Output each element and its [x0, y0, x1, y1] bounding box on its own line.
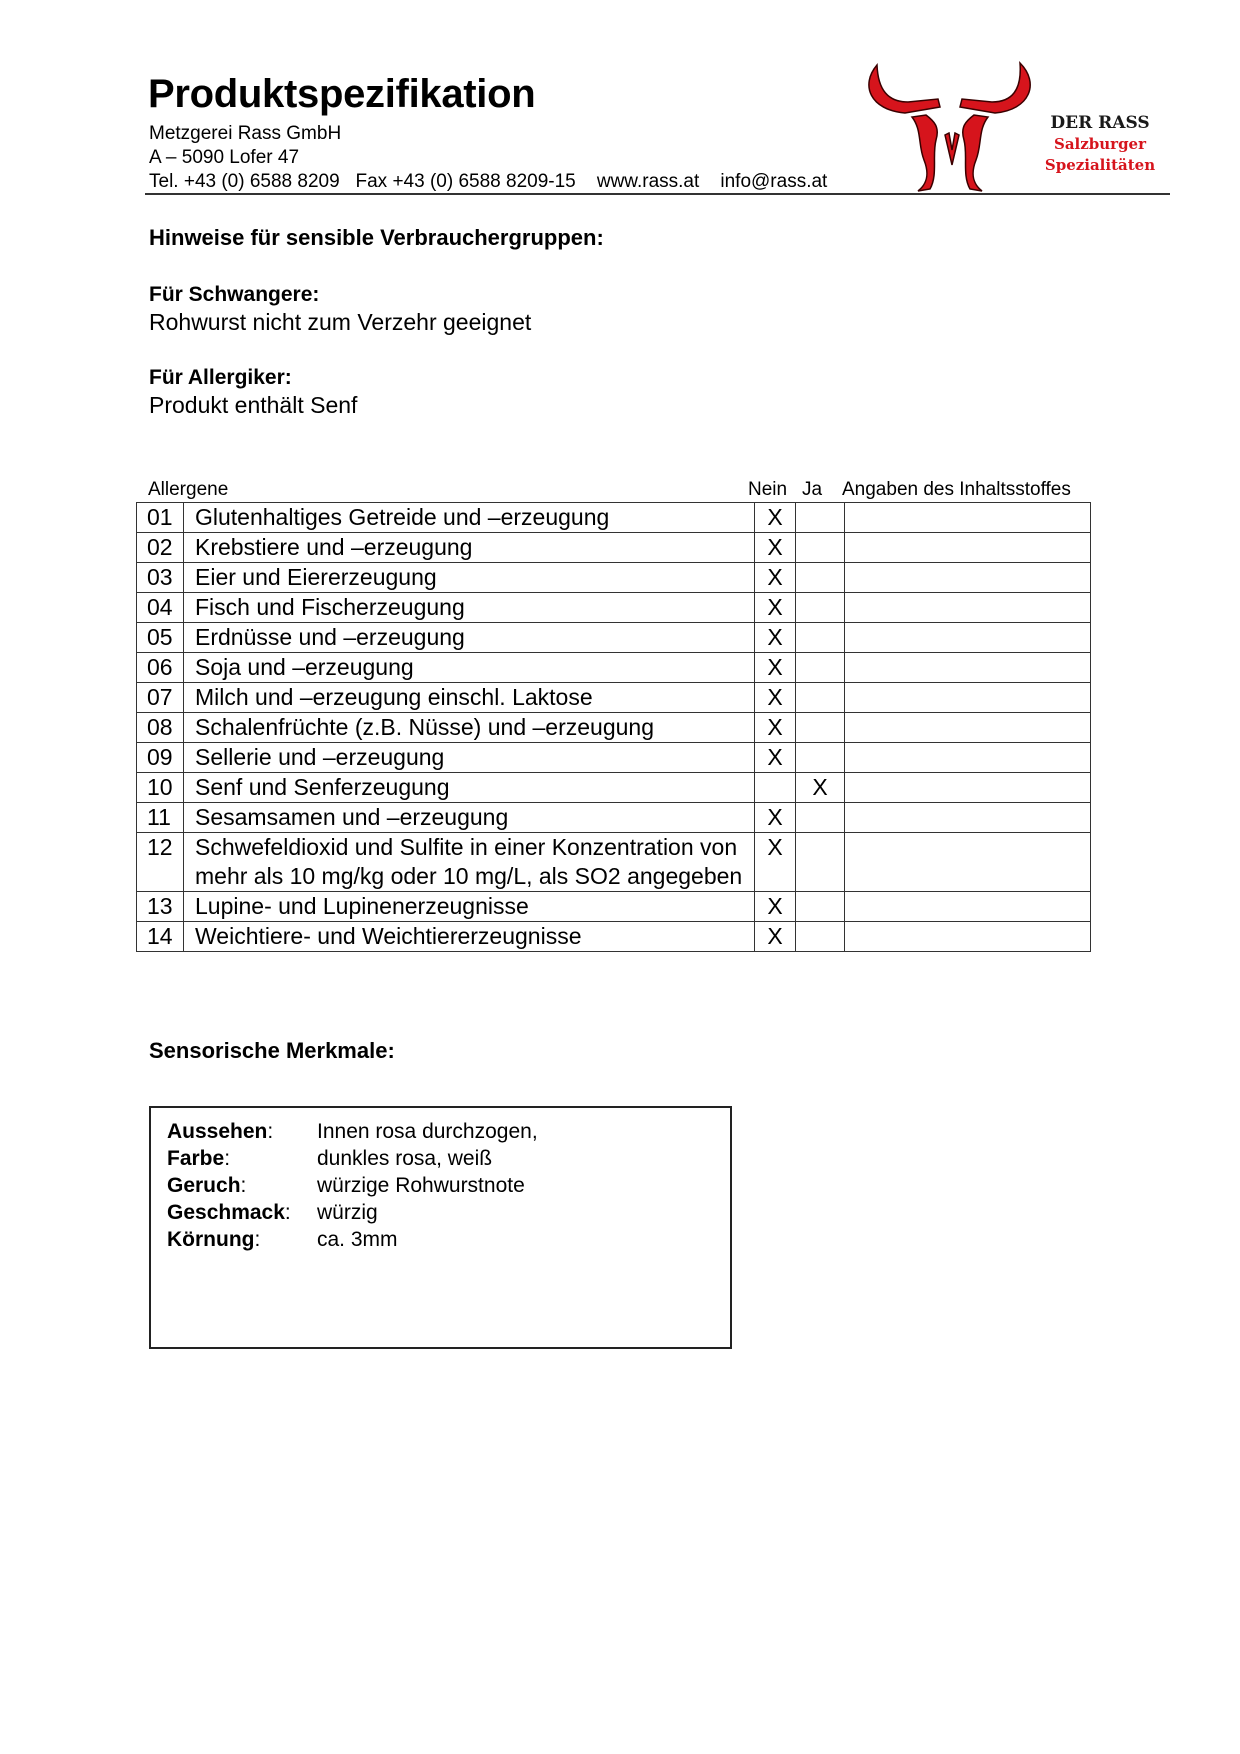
no-mark: X: [755, 683, 796, 713]
yes-mark: [796, 623, 845, 653]
col-header-no: Nein: [748, 479, 787, 501]
svg-text:Salzburger: Salzburger: [1054, 135, 1147, 153]
no-mark: X: [755, 593, 796, 623]
no-mark: X: [755, 623, 796, 653]
allergen-name: Eier und Eiererzeugung: [184, 563, 755, 593]
allergen-name: Soja und –erzeugung: [184, 653, 755, 683]
table-row: 08Schalenfrüchte (z.B. Nüsse) und –erzeu…: [137, 713, 1091, 743]
allergen-name: Fisch und Fischerzeugung: [184, 593, 755, 623]
allergic-text: Produkt enthält Senf: [149, 392, 357, 419]
sensory-value: dunkles rosa, weiß: [317, 1147, 492, 1170]
allergen-number: 08: [137, 713, 184, 743]
yes-mark: [796, 892, 845, 922]
allergen-name: Sesamsamen und –erzeugung: [184, 803, 755, 833]
allergen-number: 04: [137, 593, 184, 623]
allergen-name: Erdnüsse und –erzeugung: [184, 623, 755, 653]
no-mark: X: [755, 922, 796, 952]
no-mark: X: [755, 503, 796, 533]
table-row: 14Weichtiere- und WeichtiererzeugnisseX: [137, 922, 1091, 952]
company-logo: DER RASS Salzburger Spezialitäten: [860, 55, 1180, 195]
col-header-yes: Ja: [802, 479, 822, 501]
allergen-number: 13: [137, 892, 184, 922]
allergen-number: 07: [137, 683, 184, 713]
no-mark: X: [755, 892, 796, 922]
allergen-number: 10: [137, 773, 184, 803]
sensory-value: ca. 3mm: [317, 1228, 398, 1251]
allergen-details: [845, 713, 1091, 743]
allergen-number: 11: [137, 803, 184, 833]
allergen-number: 03: [137, 563, 184, 593]
allergen-name: Senf und Senferzeugung: [184, 773, 755, 803]
yes-mark: [796, 922, 845, 952]
table-row: 13Lupine- und LupinenerzeugnisseX: [137, 892, 1091, 922]
no-mark: X: [755, 563, 796, 593]
pregnant-text: Rohwurst nicht zum Verzehr geeignet: [149, 309, 531, 336]
allergen-details: [845, 593, 1091, 623]
allergen-number: 09: [137, 743, 184, 773]
allergen-name: Krebstiere und –erzeugung: [184, 533, 755, 563]
allergen-number: 14: [137, 922, 184, 952]
table-row: 01Glutenhaltiges Getreide und –erzeugung…: [137, 503, 1091, 533]
allergen-number: 06: [137, 653, 184, 683]
no-mark: X: [755, 653, 796, 683]
table-row: 10Senf und SenferzeugungX: [137, 773, 1091, 803]
table-row: 07Milch und –erzeugung einschl. LaktoseX: [137, 683, 1091, 713]
table-row: 06Soja und –erzeugungX: [137, 653, 1091, 683]
allergen-details: [845, 563, 1091, 593]
allergen-name: Lupine- und Lupinenerzeugnisse: [184, 892, 755, 922]
allergen-table: 01Glutenhaltiges Getreide und –erzeugung…: [136, 502, 1091, 952]
yes-mark: [796, 503, 845, 533]
allergic-label: Für Allergiker:: [149, 366, 292, 390]
allergen-details: [845, 773, 1091, 803]
allergen-name: Weichtiere- und Weichtiererzeugnisse: [184, 922, 755, 952]
yes-mark: [796, 713, 845, 743]
allergen-name: Sellerie und –erzeugung: [184, 743, 755, 773]
no-mark: X: [755, 533, 796, 563]
sensory-heading: Sensorische Merkmale:: [149, 1038, 395, 1064]
sensory-item: Körnung:ca. 3mm: [167, 1226, 398, 1253]
sensory-value: Innen rosa durchzogen,: [317, 1120, 538, 1143]
yes-mark: [796, 533, 845, 563]
company-name: Metzgerei Rass GmbH: [149, 122, 341, 146]
sensory-item: Aussehen:Innen rosa durchzogen,: [167, 1118, 538, 1145]
sensory-label: Farbe:: [167, 1145, 317, 1172]
yes-mark: [796, 563, 845, 593]
page-title: Produktspezifikation: [148, 72, 535, 117]
allergen-details: [845, 803, 1091, 833]
allergen-details: [845, 743, 1091, 773]
allergen-number: 05: [137, 623, 184, 653]
sensory-item: Geschmack:würzig: [167, 1199, 378, 1226]
sensory-item: Farbe:dunkles rosa, weiß: [167, 1145, 492, 1172]
sensory-item: Geruch:würzige Rohwurstnote: [167, 1172, 525, 1199]
table-row: 02Krebstiere und –erzeugungX: [137, 533, 1091, 563]
company-address: A – 5090 Lofer 47: [149, 146, 299, 170]
yes-mark: [796, 833, 845, 892]
table-row: 05Erdnüsse und –erzeugungX: [137, 623, 1091, 653]
yes-mark: [796, 683, 845, 713]
allergen-details: [845, 533, 1091, 563]
no-mark: X: [755, 803, 796, 833]
table-row: 09Sellerie und –erzeugungX: [137, 743, 1091, 773]
allergen-details: [845, 503, 1091, 533]
allergen-number: 01: [137, 503, 184, 533]
allergen-details: [845, 833, 1091, 892]
yes-mark: [796, 803, 845, 833]
sensory-label: Geschmack:: [167, 1199, 317, 1226]
table-row: 03Eier und EiererzeugungX: [137, 563, 1091, 593]
allergen-number: 12: [137, 833, 184, 892]
bull-horns-icon: DER RASS Salzburger Spezialitäten: [860, 55, 1180, 195]
no-mark: [755, 773, 796, 803]
allergen-name: Schalenfrüchte (z.B. Nüsse) und –erzeugu…: [184, 713, 755, 743]
sensory-value: würzige Rohwurstnote: [317, 1174, 525, 1197]
sensory-label: Aussehen:: [167, 1118, 317, 1145]
yes-mark: [796, 593, 845, 623]
sensory-value: würzig: [317, 1201, 378, 1224]
allergen-name: Milch und –erzeugung einschl. Laktose: [184, 683, 755, 713]
no-mark: X: [755, 743, 796, 773]
sensory-box: Aussehen:Innen rosa durchzogen,Farbe:dun…: [149, 1106, 732, 1349]
svg-text:DER RASS: DER RASS: [1050, 113, 1149, 133]
yes-mark: [796, 653, 845, 683]
allergen-details: [845, 683, 1091, 713]
company-contact: Tel. +43 (0) 6588 8209 Fax +43 (0) 6588 …: [149, 170, 827, 194]
allergen-details: [845, 653, 1091, 683]
allergen-number: 02: [137, 533, 184, 563]
sensory-label: Körnung:: [167, 1226, 317, 1253]
allergen-name: Glutenhaltiges Getreide und –erzeugung: [184, 503, 755, 533]
svg-text:Spezialitäten: Spezialitäten: [1045, 156, 1155, 174]
allergen-details: [845, 892, 1091, 922]
table-row: 04Fisch und FischerzeugungX: [137, 593, 1091, 623]
no-mark: X: [755, 833, 796, 892]
allergen-name: Schwefeldioxid und Sulfite in einer Konz…: [184, 833, 755, 892]
col-header-allergen: Allergene: [148, 479, 228, 501]
pregnant-label: Für Schwangere:: [149, 283, 319, 307]
yes-mark: [796, 743, 845, 773]
allergen-details: [845, 922, 1091, 952]
sensitive-groups-heading: Hinweise für sensible Verbrauchergruppen…: [149, 225, 604, 251]
col-header-details: Angaben des Inhaltsstoffes: [842, 479, 1071, 501]
table-row: 11Sesamsamen und –erzeugungX: [137, 803, 1091, 833]
sensory-label: Geruch:: [167, 1172, 317, 1199]
allergen-details: [845, 623, 1091, 653]
no-mark: X: [755, 713, 796, 743]
yes-mark: X: [796, 773, 845, 803]
table-row: 12Schwefeldioxid und Sulfite in einer Ko…: [137, 833, 1091, 892]
